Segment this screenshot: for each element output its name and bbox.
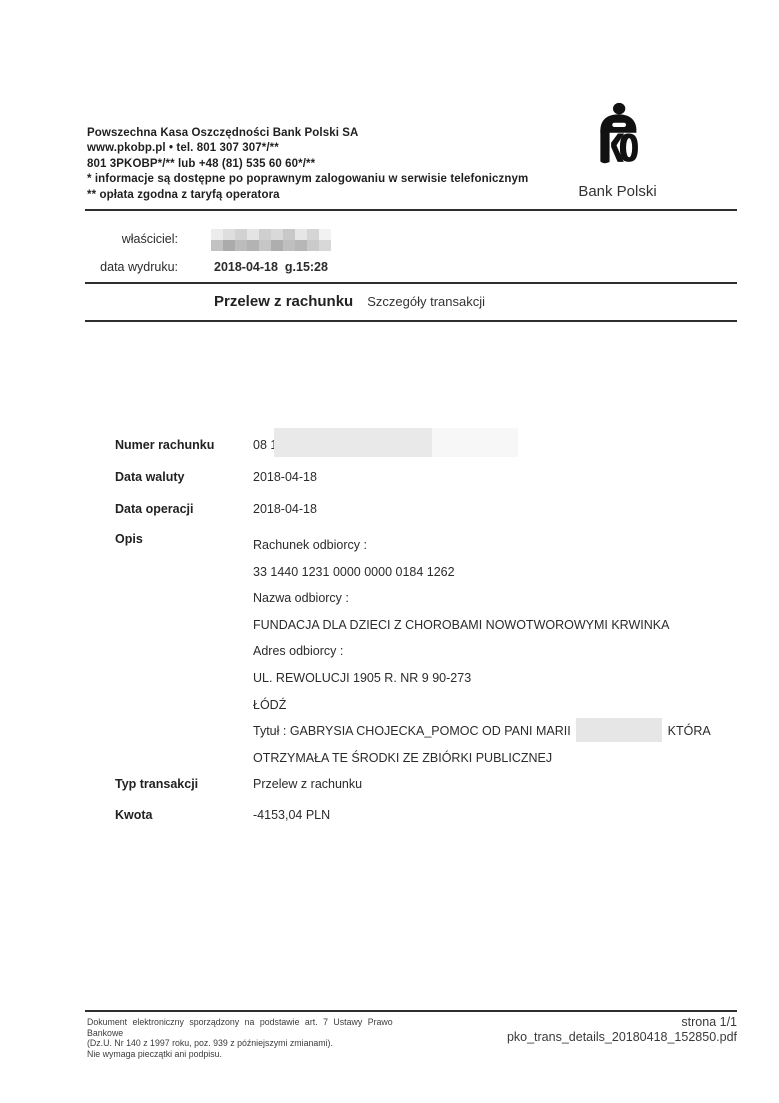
footer-right-block: strona 1/1 pko_trans_details_20180418_15… bbox=[400, 1015, 737, 1045]
account-number-redaction bbox=[274, 428, 432, 457]
recipient-account-number: 33 1440 1231 0000 0000 0184 1262 bbox=[253, 559, 738, 586]
account-number-label: Numer rachunku bbox=[115, 438, 250, 452]
description-value-block: Rachunek odbiorcy : 33 1440 1231 0000 00… bbox=[253, 532, 738, 771]
transaction-type-label: Typ transakcji bbox=[115, 777, 250, 791]
recipient-name-caption: Nazwa odbiorcy : bbox=[253, 585, 738, 612]
file-name: pko_trans_details_20180418_152850.pdf bbox=[400, 1030, 737, 1045]
account-number-redaction-light bbox=[432, 428, 518, 457]
transfer-title-line: Tytuł : GABRYSIA CHOJECKA_POMOC OD PANI … bbox=[253, 718, 738, 745]
print-date-value: 2018-04-18 g.15:28 bbox=[214, 260, 328, 274]
header-divider bbox=[85, 209, 737, 211]
recipient-name: FUNDACJA DLA DZIECI Z CHOROBAMI NOWOTWOR… bbox=[253, 612, 738, 639]
amount-value: -4153,04 PLN bbox=[253, 808, 330, 822]
bank-document-page: Powszechna Kasa Oszczędności Bank Polski… bbox=[0, 0, 779, 1103]
document-title: Przelew z rachunku bbox=[214, 293, 353, 310]
pko-piggybank-logo-icon bbox=[595, 96, 641, 171]
recipient-account-caption: Rachunek odbiorcy : bbox=[253, 532, 738, 559]
recipient-city: ŁÓDŹ bbox=[253, 692, 738, 719]
value-date-label: Data waluty bbox=[115, 470, 250, 484]
transfer-title-redaction bbox=[576, 718, 662, 742]
legal-notice-block: Dokument elektroniczny sporządzony na po… bbox=[87, 1017, 427, 1059]
bank-website-phone-line: www.pkobp.pl • tel. 801 307 307*/** bbox=[87, 141, 528, 156]
bank-phone-line: 801 3PKOBP*/** lub +48 (81) 535 60 60*/*… bbox=[87, 157, 528, 172]
bank-contact-block: Powszechna Kasa Oszczędności Bank Polski… bbox=[87, 126, 528, 203]
owner-label: właściciel: bbox=[60, 232, 178, 246]
owner-redacted-value bbox=[211, 229, 331, 251]
print-date-label: data wydruku: bbox=[60, 260, 178, 274]
value-date-value: 2018-04-18 bbox=[253, 470, 317, 484]
meta-divider bbox=[85, 282, 737, 284]
document-subtitle: Szczegóły transakcji bbox=[367, 294, 485, 309]
legal-line-act: (Dz.U. Nr 140 z 1997 roku, poz. 939 z pó… bbox=[87, 1038, 427, 1049]
bank-logo-block: Bank Polski bbox=[560, 96, 675, 200]
amount-label: Kwota bbox=[115, 808, 250, 822]
recipient-street: UL. REWOLUCJI 1905 R. NR 9 90-273 bbox=[253, 665, 738, 692]
operation-date-value: 2018-04-18 bbox=[253, 502, 317, 516]
legal-line-basis: Dokument elektroniczny sporządzony na po… bbox=[87, 1017, 427, 1038]
page-number: strona 1/1 bbox=[400, 1015, 737, 1030]
footnote-two-line: ** opłata zgodna z taryfą operatora bbox=[87, 188, 528, 203]
bank-name-line: Powszechna Kasa Oszczędności Bank Polski… bbox=[87, 126, 528, 141]
transfer-title-continuation: OTRZYMAŁA TE ŚRODKI ZE ZBIÓRKI PUBLICZNE… bbox=[253, 745, 738, 772]
footnote-one-line: * informacje są dostępne po poprawnym za… bbox=[87, 172, 528, 187]
footer-divider bbox=[85, 1010, 737, 1012]
legal-line-no-signature: Nie wymaga pieczątki ani podpisu. bbox=[87, 1049, 427, 1060]
transaction-type-value: Przelew z rachunku bbox=[253, 777, 362, 791]
transfer-title-prefix: Tytuł : GABRYSIA CHOJECKA_POMOC OD PANI … bbox=[253, 724, 571, 738]
transfer-title-suffix: KTÓRA bbox=[668, 724, 711, 738]
document-title-row: Przelew z rachunku Szczegóły transakcji bbox=[214, 293, 485, 310]
description-label: Opis bbox=[115, 532, 250, 546]
title-divider bbox=[85, 320, 737, 322]
bank-logo-caption: Bank Polski bbox=[560, 183, 675, 200]
operation-date-label: Data operacji bbox=[115, 502, 250, 516]
recipient-address-caption: Adres odbiorcy : bbox=[253, 638, 738, 665]
